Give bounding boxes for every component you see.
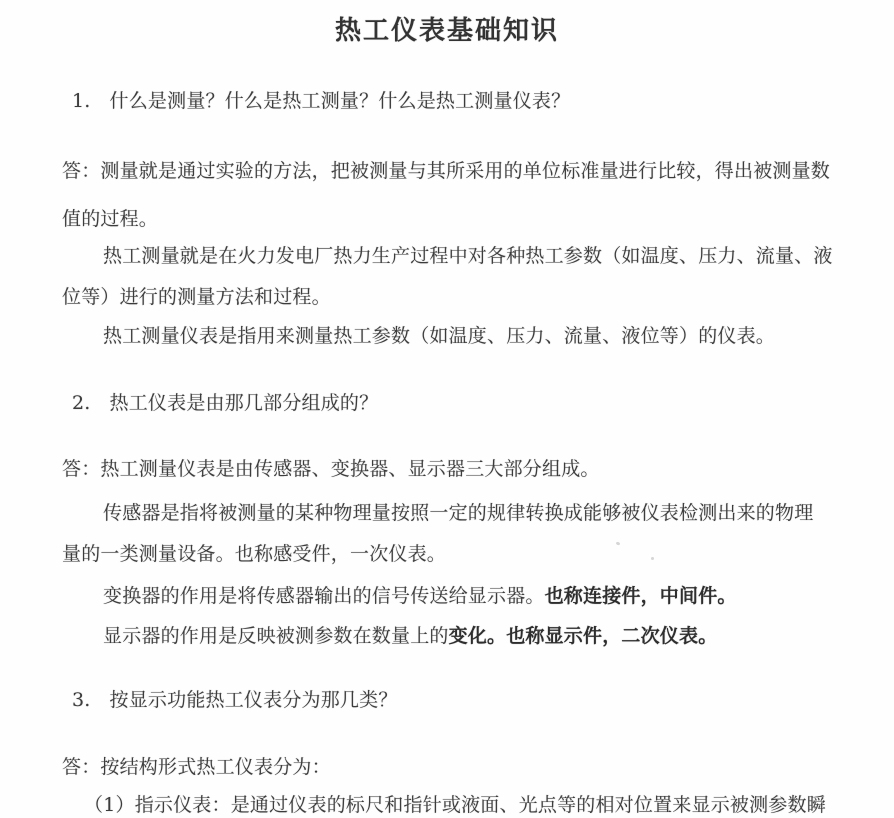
page-title: 热工仪表基础知识 — [0, 10, 894, 47]
question-2-number: 2. — [72, 390, 91, 416]
answer-2-line-1: 答：热工测量仪表是由传感器、变换器、显示器三大部分组成。 — [62, 456, 600, 482]
answer-3-line-2: （1）指示仪表：是通过仪表的标尺和指针或液面、光点等的相对位置来显示被测参数瞬 — [84, 792, 826, 818]
answer-3-line-1: 答：按结构形式热工仪表分为： — [62, 754, 331, 780]
answer-2-line-3: 量的一类测量设备。也称感受件，一次仪表。 — [62, 541, 446, 567]
answer-2-line-5-normal: 显示器的作用是反映被测参数在数量上的 — [103, 625, 449, 647]
answer-2-line-5-bold: 变化。也称显示件，二次仪表。 — [449, 625, 718, 647]
answer-1-line-1: 答：测量就是通过实验的方法，把被测量与其所采用的单位标准量进行比较，得出被测量数 — [62, 158, 830, 184]
question-3: 3.按显示功能热工仪表分为那几类？ — [72, 687, 398, 713]
answer-1-line-2: 值的过程。 — [62, 206, 158, 232]
answer-2-line-2: 传感器是指将被测量的某种物理量按照一定的规律转换成能够被仪表检测出来的物理 — [103, 500, 813, 526]
question-2: 2.热工仪表是由那几部分组成的？ — [72, 390, 378, 416]
answer-2-line-4-bold: 也称连接件，中间件。 — [545, 585, 737, 607]
scan-artifact — [616, 541, 621, 545]
question-3-text: 按显示功能热工仪表分为那几类？ — [110, 689, 398, 711]
answer-1-line-4: 位等）进行的测量方法和过程。 — [62, 284, 331, 310]
answer-2-line-4-normal: 变换器的作用是将传感器输出的信号传送给显示器。 — [103, 585, 545, 607]
document-page: 热工仪表基础知识 1.什么是测量？什么是热工测量？什么是热工测量仪表？ 答：测量… — [0, 0, 894, 818]
answer-2-line-4: 变换器的作用是将传感器输出的信号传送给显示器。也称连接件，中间件。 — [103, 583, 737, 609]
question-1-text: 什么是测量？什么是热工测量？什么是热工测量仪表？ — [110, 90, 571, 112]
answer-1-line-3: 热工测量就是在火力发电厂热力生产过程中对各种热工参数（如温度、压力、流量、液 — [103, 243, 833, 269]
question-3-number: 3. — [72, 687, 91, 713]
answer-1-line-5: 热工测量仪表是指用来测量热工参数（如温度、压力、流量、液位等）的仪表。 — [103, 323, 775, 349]
question-2-text: 热工仪表是由那几部分组成的？ — [110, 392, 379, 414]
question-1-number: 1. — [72, 88, 91, 114]
scan-artifact — [651, 557, 654, 560]
question-1: 1.什么是测量？什么是热工测量？什么是热工测量仪表？ — [72, 88, 570, 114]
answer-2-line-5: 显示器的作用是反映被测参数在数量上的变化。也称显示件，二次仪表。 — [103, 623, 717, 649]
